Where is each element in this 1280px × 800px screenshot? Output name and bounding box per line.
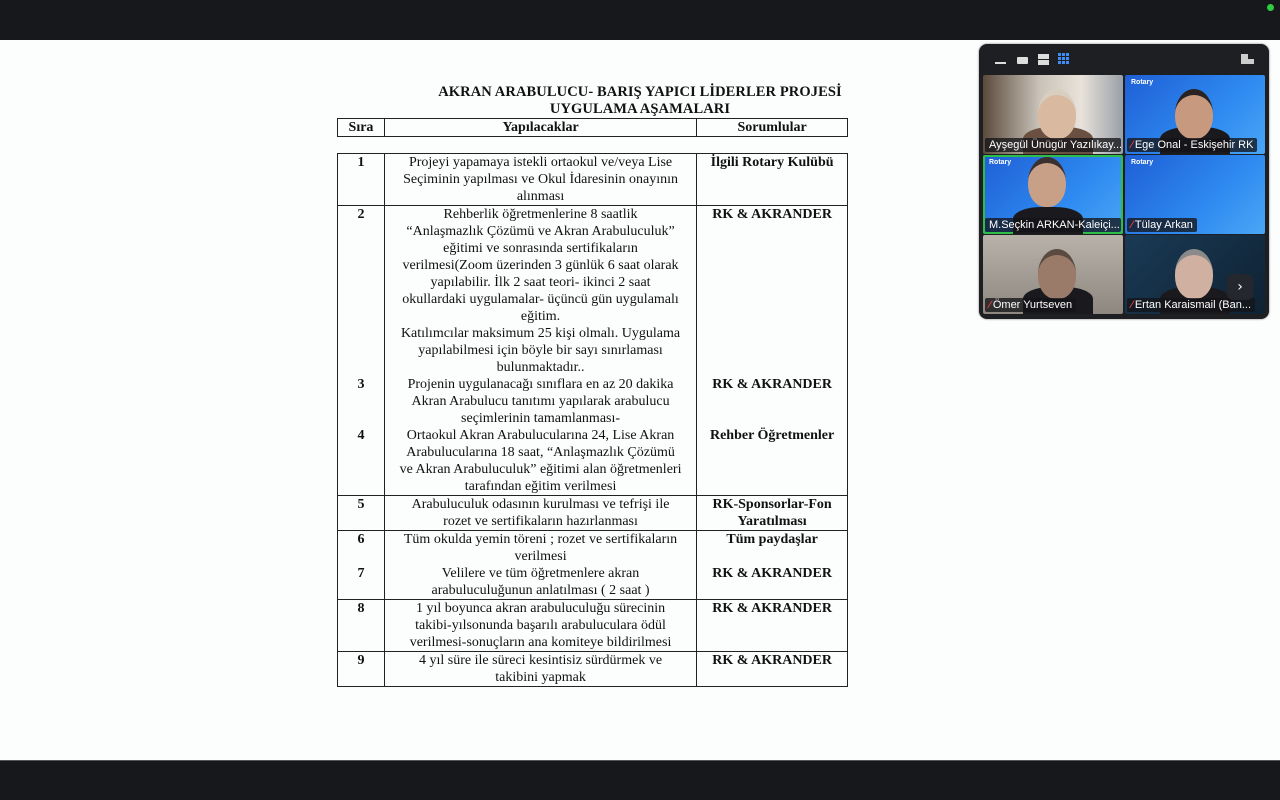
thumbnail-view-button[interactable] (1015, 52, 1031, 66)
task-line: eğitim. (389, 308, 692, 325)
step-task: Projenin uygulanacağı sınıflara en az 20… (389, 376, 692, 427)
top-bar (0, 0, 1280, 40)
participant-name-label: Ayşegül Ünügür Yazılıkay... (985, 138, 1121, 152)
step-number-cell: 234 (338, 206, 385, 496)
steps-table: 1Projeyi yapamaya istekli ortaokul ve/ve… (337, 153, 848, 687)
participant-tile[interactable]: RotaryM.Seçkin ARKAN-Kaleiçi... (983, 155, 1123, 234)
step-number: 9 (342, 652, 380, 686)
task-line: “Anlaşmazlık Çözümü ve Akran Arabuluculu… (389, 223, 692, 240)
step-number-cell: 67 (338, 531, 385, 600)
participant-name: Ömer Yurtseven (993, 299, 1072, 311)
task-line: seçimlerinin tamamlanması- (389, 410, 692, 427)
step-owner: RK-Sponsorlar-Fon Yaratılması (701, 496, 843, 530)
step-owner-cell: RK & AKRANDER (697, 652, 848, 687)
task-line: Tüm okulda yemin töreni ; rozet ve serti… (389, 531, 692, 548)
participant-video (1028, 157, 1066, 207)
title-line-1: AKRAN ARABULUCU- BARIŞ YAPICI LİDERLER P… (420, 84, 860, 101)
muted-mic-icon: ⁄ (1131, 219, 1133, 231)
participant-name-label: ⁄Tülay Arkan (1127, 218, 1197, 232)
rotary-logo-icon: Rotary (989, 159, 1011, 166)
step-task: Ortaokul Akran Arabulucularına 24, Lise … (389, 427, 692, 495)
step-owner-cell: RK-Sponsorlar-Fon Yaratılması (697, 496, 848, 531)
task-line: verilmesi-sonuçların ana komiteye bildir… (389, 634, 692, 651)
participant-name-label: ⁄Ege Onal - Eskişehir RK (1127, 138, 1257, 152)
step-owner: RK & AKRANDER (701, 376, 843, 427)
task-line: alınması (389, 188, 692, 205)
step-owner-cell: RK & AKRANDER (697, 600, 848, 652)
table-row: 81 yıl boyunca akran arabuluculuğu sürec… (338, 600, 848, 652)
bottom-bar (0, 760, 1280, 800)
participant-name-label: M.Seçkin ARKAN-Kaleiçi... (985, 218, 1121, 232)
step-task: Arabuluculuk odasının kurulması ve tefri… (389, 496, 692, 530)
task-line: rozet ve sertifikaların hazırlanması (389, 513, 692, 530)
participant-tile[interactable]: Rotary⁄Tülay Arkan (1125, 155, 1265, 234)
step-number: 3 (342, 376, 380, 427)
participant-video (1038, 89, 1076, 139)
table-row: 1Projeyi yapamaya istekli ortaokul ve/ve… (338, 154, 848, 206)
task-line: Rehberlik öğretmenlerine 8 saatlik (389, 206, 692, 223)
document-title: AKRAN ARABULUCU- BARIŞ YAPICI LİDERLER P… (420, 84, 860, 118)
participant-name: Tülay Arkan (1135, 219, 1193, 231)
task-line: Ortaokul Akran Arabulucularına 24, Lise … (389, 427, 692, 444)
step-number-cell: 5 (338, 496, 385, 531)
exit-view-icon (1240, 52, 1256, 66)
panel-toolbar (979, 44, 1269, 74)
participant-tile[interactable]: ⁄Ömer Yurtseven (983, 235, 1123, 314)
muted-mic-icon: ⁄ (1131, 139, 1133, 151)
step-task-cell: 1 yıl boyunca akran arabuluculuğu süreci… (384, 600, 696, 652)
task-line: arabuluculuğunun anlatılması ( 2 saat ) (389, 582, 692, 599)
step-task-cell: Tüm okulda yemin töreni ; rozet ve serti… (384, 531, 696, 600)
step-owner-cell: RK & AKRANDERRK & AKRANDERRehber Öğretme… (697, 206, 848, 496)
step-number-cell: 8 (338, 600, 385, 652)
step-task-cell: Rehberlik öğretmenlerine 8 saatlik“Anlaş… (384, 206, 696, 496)
participant-video (1175, 249, 1213, 299)
task-line: yapılabilmesi için böyle bir sayı sınırl… (389, 342, 692, 359)
participant-video (1175, 89, 1213, 139)
step-owner: İlgili Rotary Kulübü (701, 154, 843, 205)
task-line: Akran Arabulucu tanıtımı yapılarak arabu… (389, 393, 692, 410)
column-header-sorumlular: Sorumlular (697, 119, 848, 137)
participant-name-label: ⁄Ertan Karaismail (Ban... (1127, 298, 1255, 312)
task-line: Arabulucularına 18 saat, “Anlaşmazlık Çö… (389, 444, 692, 461)
step-task: Projeyi yapamaya istekli ortaokul ve/vey… (389, 154, 692, 205)
column-header-sira: Sıra (338, 119, 385, 137)
task-line: tarafından eğitim verilmesi (389, 478, 692, 495)
step-task: 4 yıl süre ile süreci kesintisiz sürdürm… (389, 652, 692, 686)
recording-status-icon (1267, 4, 1274, 11)
step-owner: RK & AKRANDER (701, 565, 843, 599)
step-task-cell: Projeyi yapamaya istekli ortaokul ve/vey… (384, 154, 696, 206)
thumbnail-icon (1015, 52, 1031, 66)
task-line: Projeyi yapamaya istekli ortaokul ve/vey… (389, 154, 692, 171)
step-owner: RK & AKRANDER (701, 206, 843, 376)
step-number: 8 (342, 600, 380, 651)
step-owner: RK & AKRANDER (701, 652, 843, 686)
task-line: takibi-yılsonunda başarılı arabuluculara… (389, 617, 692, 634)
muted-mic-icon: ⁄ (989, 299, 991, 311)
step-task: Rehberlik öğretmenlerine 8 saatlik“Anlaş… (389, 206, 692, 376)
minimize-view-button[interactable] (993, 52, 1009, 66)
step-owner: Rehber Öğretmenler (701, 427, 843, 495)
step-owner-cell: Tüm paydaşlarRK & AKRANDER (697, 531, 848, 600)
task-line: eğitimi ve sonrasında sertifikaların (389, 240, 692, 257)
column-header-yapilacaklar: Yapılacaklar (384, 119, 696, 137)
video-gallery-panel: Ayşegül Ünügür Yazılıkay...Rotary⁄Ege On… (979, 44, 1269, 319)
step-number: 7 (342, 565, 380, 599)
task-line: verilmesi(Zoom üzerinden 3 günlük 6 saat… (389, 257, 692, 274)
table-row: 5Arabuluculuk odasının kurulması ve tefr… (338, 496, 848, 531)
table-row: 234Rehberlik öğretmenlerine 8 saatlik“An… (338, 206, 848, 496)
gallery-view-button[interactable] (1057, 52, 1073, 66)
task-line: ve Akran Arabuluculuk” eğitimi alan öğre… (389, 461, 692, 478)
task-line: 1 yıl boyunca akran arabuluculuğu süreci… (389, 600, 692, 617)
task-line: bulunmaktadır.. (389, 359, 692, 376)
step-task-cell: 4 yıl süre ile süreci kesintisiz sürdürm… (384, 652, 696, 687)
task-line: 4 yıl süre ile süreci kesintisiz sürdürm… (389, 652, 692, 669)
task-line: takibini yapmak (389, 669, 692, 686)
task-line: Katılımcılar maksimum 25 kişi olmalı. Uy… (389, 325, 692, 342)
participant-name: Ayşegül Ünügür Yazılıkay... (989, 139, 1121, 151)
step-owner: RK & AKRANDER (701, 600, 843, 651)
gallery-view-icon (1057, 52, 1073, 66)
step-number: 6 (342, 531, 380, 565)
task-line: Arabuluculuk odasının kurulması ve tefri… (389, 496, 692, 513)
title-line-2: UYGULAMA AŞAMALARI (420, 101, 860, 118)
table-row: 67Tüm okulda yemin töreni ; rozet ve ser… (338, 531, 848, 600)
table-row: 94 yıl süre ile süreci kesintisiz sürdür… (338, 652, 848, 687)
task-line: verilmesi (389, 548, 692, 565)
step-number-cell: 9 (338, 652, 385, 687)
participant-name: M.Seçkin ARKAN-Kaleiçi... (989, 219, 1120, 231)
participant-video (1038, 249, 1076, 299)
step-owner-cell: İlgili Rotary Kulübü (697, 154, 848, 206)
step-number: 4 (342, 427, 380, 495)
rotary-logo-icon: Rotary (1131, 79, 1153, 86)
participant-tile[interactable]: Ayşegül Ünügür Yazılıkay... (983, 75, 1123, 154)
participant-name: Ertan Karaismail (Ban... (1135, 299, 1251, 311)
step-task: 1 yıl boyunca akran arabuluculuğu süreci… (389, 600, 692, 651)
participant-grid: Ayşegül Ünügür Yazılıkay...Rotary⁄Ege On… (983, 75, 1265, 315)
participant-name-label: ⁄Ömer Yurtseven (985, 298, 1076, 312)
rotary-logo-icon: Rotary (1131, 159, 1153, 166)
task-line: Velilere ve tüm öğretmenlere akran (389, 565, 692, 582)
speaker-view-icon (1036, 52, 1052, 66)
step-number-cell: 1 (338, 154, 385, 206)
table-header: Sıra Yapılacaklar Sorumlular (337, 118, 848, 137)
task-line: Seçiminin yapılması ve Okul İdaresinin o… (389, 171, 692, 188)
next-page-button[interactable]: › (1227, 274, 1253, 300)
task-line: okullardaki uygulamalar- üçüncü gün uygu… (389, 291, 692, 308)
task-line: yapılabilir. İlk 2 saat teori- ikinci 2 … (389, 274, 692, 291)
participant-name: Ege Onal - Eskişehir RK (1135, 139, 1254, 151)
step-number: 5 (342, 496, 380, 530)
speaker-view-button[interactable] (1036, 52, 1052, 66)
participant-tile[interactable]: Rotary⁄Ege Onal - Eskişehir RK (1125, 75, 1265, 154)
minimize-icon (993, 52, 1009, 66)
task-line: Projenin uygulanacağı sınıflara en az 20… (389, 376, 692, 393)
step-number: 2 (342, 206, 380, 376)
step-task: Velilere ve tüm öğretmenlere akranarabul… (389, 565, 692, 599)
step-task: Tüm okulda yemin töreni ; rozet ve serti… (389, 531, 692, 565)
muted-mic-icon: ⁄ (1131, 299, 1133, 311)
step-number: 1 (342, 154, 380, 205)
step-task-cell: Arabuluculuk odasının kurulması ve tefri… (384, 496, 696, 531)
exit-fullscreen-view-button[interactable] (1240, 52, 1256, 66)
step-owner: Tüm paydaşlar (701, 531, 843, 565)
